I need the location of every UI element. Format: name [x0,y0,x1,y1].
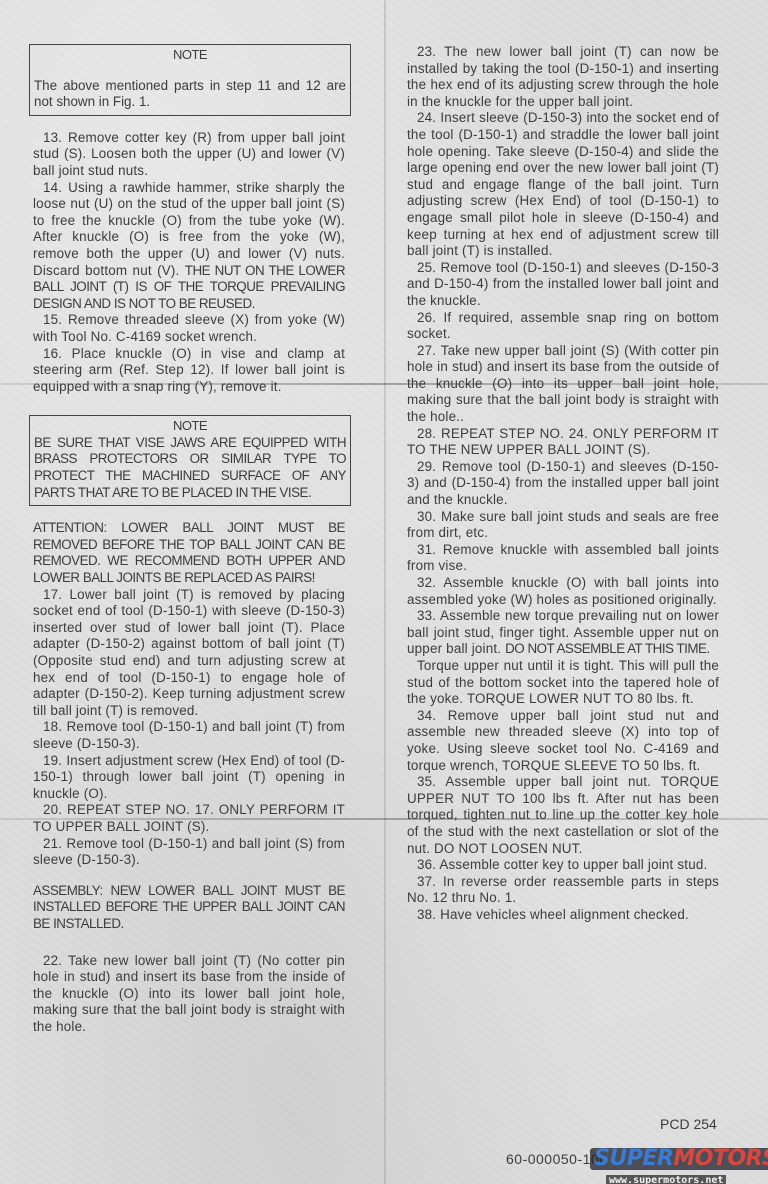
step-26: 26. If required, assemble snap ring on b… [407,310,719,343]
step-31: 31. Remove knuckle with assembled ball j… [407,542,719,575]
step-21: 21. Remove tool (D-150-1) and ball joint… [33,836,345,869]
step-35: 35. Assemble upper ball joint nut. TORQU… [407,774,719,857]
document-code: PCD 254 [660,1116,717,1132]
right-column: 23. The new lower ball joint (T) can now… [407,44,719,923]
step-38: 38. Have vehicles wheel alignment checke… [407,907,719,924]
step-23: 23. The new lower ball joint (T) can now… [407,44,719,110]
step-13: 13. Remove cotter key (R) from upper bal… [33,130,345,180]
torque-paragraph: Torque upper nut until it is tight. This… [407,658,719,708]
watermark-url: www.supermotors.net [606,1175,726,1184]
note-box-parts: NOTE The above mentioned parts in step 1… [29,44,351,116]
left-column: NOTE The above mentioned parts in step 1… [33,44,345,1035]
step-27: 27. Take new upper ball joint (S) (With … [407,343,719,426]
step-19: 19. Insert adjustment screw (Hex End) of… [33,753,345,803]
step-22: 22. Take new lower ball joint (T) (No co… [33,953,345,1036]
step-36: 36. Assemble cotter key to upper ball jo… [407,857,719,874]
step-34: 34. Remove upper ball joint stud nut and… [407,708,719,774]
step-29: 29. Remove tool (D-150-1) and sleeves (D… [407,459,719,509]
paper-fold-vertical [384,0,386,1184]
watermark-logo: SUPERMOTORS [590,1148,768,1170]
step-16: 16. Place knuckle (O) in vise and clamp … [33,346,345,396]
step-25: 25. Remove tool (D-150-1) and sleeves (D… [407,260,719,310]
step-33: 33. Assemble new torque prevailing nut o… [407,608,719,658]
step-28: 28. REPEAT STEP NO. 24. ONLY PERFORM IT … [407,426,719,459]
note-text: The above mentioned parts in step 11 and… [34,78,346,111]
step-33-warning: DO NOT ASSEMBLE AT THIS TIME. [505,641,710,656]
step-18: 18. Remove tool (D-150-1) and ball joint… [33,719,345,752]
step-37: 37. In reverse order reassemble parts in… [407,874,719,907]
step-30: 30. Make sure ball joint studs and seals… [407,509,719,542]
note-title: NOTE [34,418,346,435]
step-14: 14. Using a rawhide hammer, strike sharp… [33,180,345,313]
assembly-heading: ASSEMBLY: NEW LOWER BALL JOINT MUST BE I… [33,883,345,933]
step-17: 17. Lower ball joint (T) is removed by p… [33,587,345,720]
supermotors-watermark: SUPERMOTORS www.supermotors.net [590,1148,740,1184]
step-32: 32. Assemble knuckle (O) with ball joint… [407,575,719,608]
step-24: 24. Insert sleeve (D-150-3) into the soc… [407,110,719,259]
attention-text: ATTENTION: LOWER BALL JOINT MUST BE REMO… [33,520,345,586]
step-15: 15. Remove threaded sleeve (X) from yoke… [33,312,345,345]
note-box-vise: NOTE BE SURE THAT VISE JAWS ARE EQUIPPED… [29,415,351,506]
note-title: NOTE [34,47,346,64]
note-text: BE SURE THAT VISE JAWS ARE EQUIPPED WITH… [34,435,346,501]
step-20: 20. REPEAT STEP NO. 17. ONLY PERFORM IT … [33,802,345,835]
